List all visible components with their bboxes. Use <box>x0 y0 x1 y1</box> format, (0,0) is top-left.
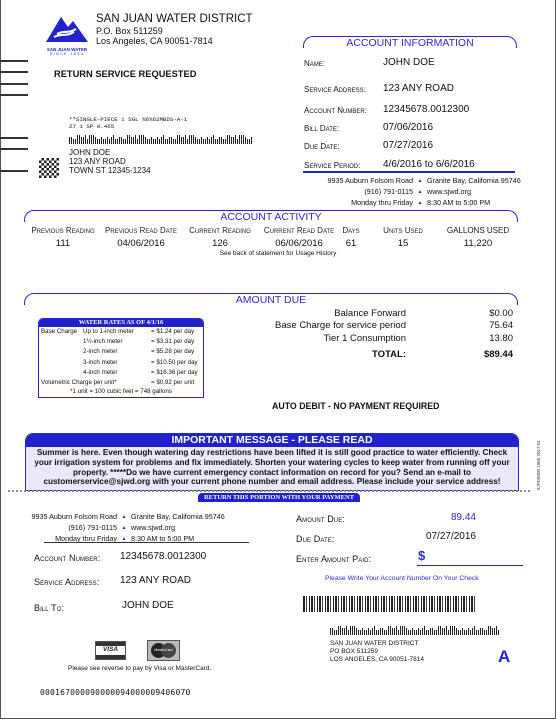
contact-days: Monday thru Friday <box>300 198 413 208</box>
barcode-bar <box>488 626 489 635</box>
activity-column: Previous Read Date04/06/2016 <box>96 226 186 249</box>
barcode-bar <box>480 628 481 635</box>
triangle-bullet-icon: ▲ <box>413 177 427 187</box>
remit-due-date: 07/27/2016 <box>426 531 476 542</box>
barcode-bar <box>368 628 369 635</box>
barcode-bar <box>197 139 198 144</box>
barcode-bar <box>394 628 395 635</box>
barcode-bar <box>239 135 240 144</box>
barcode-bar <box>73 139 74 144</box>
check-note: Please Write Your Account Number On Your… <box>325 575 479 582</box>
volumetric-rate: = $0.92 per unit <box>151 379 194 386</box>
meter-size: 4-inch meter <box>83 369 117 376</box>
remit-account-number: 12345678.0012300 <box>120 551 206 562</box>
side-print-code: SJPD5000 1966 2017-01 <box>536 440 541 491</box>
barcode-bar <box>496 626 497 635</box>
barcode-bar <box>177 135 178 144</box>
barcode-bar <box>207 137 208 144</box>
barcode-bar <box>484 630 485 635</box>
charge-value: 13.80 <box>489 333 513 344</box>
barcode-bar <box>147 139 148 144</box>
meter-rate: = $3.31 per day <box>151 338 194 345</box>
important-message-title: IMPORTANT MESSAGE - PLEASE READ <box>26 434 518 447</box>
barcode-bar <box>424 626 425 635</box>
activity-column-value: 111 <box>18 238 108 249</box>
meter-size: 2-inch meter <box>83 348 117 355</box>
barcode-bar <box>406 628 407 635</box>
meter-size: Up to 1-inch meter <box>83 328 134 335</box>
account-info-value: 123 ANY ROAD <box>383 83 454 94</box>
barcode-bar <box>332 628 333 635</box>
barcode-bar <box>412 628 413 635</box>
barcode-bar <box>378 630 379 635</box>
barcode-bar <box>117 139 118 144</box>
logo-since: SINCE 1854 <box>44 52 90 56</box>
sort-line-1: **SINGLE-PIECE 1 SGL %6%62MBDS-A-1 <box>69 116 187 123</box>
barcode-bar <box>350 626 351 635</box>
barcode-bar <box>173 139 174 144</box>
company-city: Los Angeles, CA 90051-7814 <box>96 36 213 46</box>
barcode-bar <box>338 626 339 635</box>
contact-website[interactable]: www.sjwd.org <box>131 523 175 532</box>
barcode-bar <box>181 137 182 144</box>
activity-column: Current Reading126 <box>175 226 265 249</box>
activity-column-header: Previous Read Date <box>96 226 186 235</box>
remit-amount-due: 89.44 <box>451 512 476 523</box>
charge-value: $0.00 <box>489 308 513 319</box>
activity-column-header: Current Reading <box>175 226 265 235</box>
barcode-bar <box>241 135 242 144</box>
account-info-label: Service Period: <box>304 161 360 170</box>
ocr-scanline: 000167000090000094000009406070 <box>40 688 191 697</box>
barcode-bar <box>428 630 429 635</box>
rates-footnote: *1 unit = 100 cubic feet = 748 gallons <box>39 388 203 395</box>
barcode-bar <box>113 135 114 144</box>
remit-service-address: 123 ANY ROAD <box>120 575 191 586</box>
barcode-bar <box>219 137 220 144</box>
barcode-bar <box>360 630 361 635</box>
triangle-bullet-icon: ▲ <box>117 513 131 523</box>
barcode-bar <box>410 630 411 635</box>
meter-rate: = $1.24 per day <box>151 328 194 335</box>
perforation-line <box>8 490 530 492</box>
barcode-bar <box>482 628 483 635</box>
barcode-bar <box>97 139 98 144</box>
barcode-bar <box>418 628 419 635</box>
bill-to-name: JOHN DOE <box>122 600 174 611</box>
barcode-bar <box>137 139 138 144</box>
barcode-bar <box>201 137 202 144</box>
barcode-bar <box>374 626 375 635</box>
barcode-bar <box>109 139 110 144</box>
district-logo: SAN JUAN WATER SINCE 1854 <box>44 13 90 53</box>
barcode-bar <box>498 630 499 635</box>
barcode-bar <box>191 135 192 144</box>
triangle-bullet-icon: ▲ <box>413 188 427 198</box>
account-info-label: Account Number: <box>304 106 367 115</box>
remit-city: LOS ANGELES, CA 90051-7814 <box>330 656 424 664</box>
auto-debit-notice: AUTO DEBIT - NO PAYMENT REQUIRED <box>272 401 439 411</box>
barcode-bar <box>233 137 234 144</box>
barcode-bar <box>95 137 96 144</box>
barcode-bar <box>404 626 405 635</box>
meter-rate: = $5.28 per day <box>151 348 194 355</box>
contact-city: Granite Bay, California 95746 <box>131 512 225 521</box>
barcode-bar <box>165 139 166 144</box>
margin-mark <box>0 83 28 85</box>
barcode-bar <box>235 135 236 144</box>
remit-service-address-label: Service Address: <box>34 577 99 587</box>
remit-name: SAN JUAN WATER DISTRICT <box>330 640 424 648</box>
barcode-bar <box>153 139 154 144</box>
barcode-bar <box>143 135 144 144</box>
remit-letter-code: A <box>498 647 510 667</box>
meter-rate: = $10.50 per day <box>151 359 198 366</box>
barcode-bar <box>247 139 248 144</box>
remit-po-box: PO BOX 511259 <box>330 648 424 656</box>
barcode-bar <box>203 139 204 144</box>
barcode-bar <box>179 135 180 144</box>
barcode-bar <box>352 626 353 635</box>
barcode-bar <box>376 630 377 635</box>
barcode-bar <box>127 135 128 144</box>
barcode-bar <box>430 628 431 635</box>
barcode-bar <box>243 135 244 144</box>
recipient-city: TOWN ST 12345-1234 <box>69 166 151 175</box>
account-info-value: 07/06/2016 <box>383 122 433 133</box>
barcode-bar <box>398 630 399 635</box>
charge-value: 75.64 <box>489 320 513 331</box>
barcode-bar <box>442 628 443 635</box>
barcode-bar <box>77 135 78 144</box>
barcode-bar <box>139 135 140 144</box>
barcode-bar <box>171 137 172 144</box>
barcode-bar <box>458 630 459 635</box>
contact-website[interactable]: www.sjwd.org <box>427 187 471 196</box>
barcode-bar <box>446 626 447 635</box>
postal-barcode <box>69 135 253 144</box>
barcode-bar <box>444 628 445 635</box>
recipient-address: 123 ANY ROAD <box>69 157 151 166</box>
barcode-bar <box>460 630 461 635</box>
water-rates-title: WATER RATES AS OF 4/1/16 <box>39 319 203 327</box>
visa-label: VISA <box>96 646 125 653</box>
contact-address: 9935 Auburn Folsom Road <box>300 176 413 186</box>
account-info-value: 4/6/2016 to 6/6/2016 <box>383 159 475 170</box>
dollar-sign: $ <box>418 548 425 563</box>
activity-column-header: Previous Reading <box>18 226 108 235</box>
barcode-bar <box>478 630 479 635</box>
activity-column: GALLONS USED11,220 <box>433 226 523 249</box>
activity-column-header: GALLONS USED <box>433 226 523 235</box>
barcode-bar <box>396 626 397 635</box>
remit-address-block: SAN JUAN WATER DISTRICT PO BOX 511259 LO… <box>330 640 424 663</box>
margin-mark <box>0 71 28 73</box>
barcode-bar <box>456 628 457 635</box>
barcode-bar <box>211 137 212 144</box>
barcode-bar <box>370 630 371 635</box>
barcode-bar <box>223 139 224 144</box>
barcode-bar <box>213 135 214 144</box>
meter-size: 3-inch meter <box>83 359 117 366</box>
barcode-bar <box>89 135 90 144</box>
barcode-bar <box>99 139 100 144</box>
barcode-bar <box>356 628 357 635</box>
remit-account-number-label: Account Number: <box>34 553 100 563</box>
bill-to-label: Bill To: <box>34 603 64 613</box>
barcode-bar <box>474 626 475 635</box>
account-activity-title: ACCOUNT ACTIVITY <box>220 211 321 223</box>
margin-mark <box>0 60 28 62</box>
barcode-bar <box>362 628 363 635</box>
activity-column-value: 11,220 <box>433 238 523 249</box>
important-message-box: IMPORTANT MESSAGE - PLEASE READ Summer i… <box>25 433 519 491</box>
usage-history-note: See back of statement for Usage History <box>0 250 556 257</box>
barcode-bar <box>183 137 184 144</box>
account-info-value: 07/27/2016 <box>383 140 433 151</box>
barcode-bar <box>231 137 232 144</box>
enter-amount-paid-label: Enter Amount Paid: <box>296 554 371 564</box>
barcode-bar <box>408 630 409 635</box>
barcode-bar <box>131 137 132 144</box>
barcode-bar <box>163 135 164 144</box>
barcode-bar <box>380 628 381 635</box>
barcode-bar <box>157 137 158 144</box>
barcode-bar <box>221 137 222 144</box>
mountain-logo-icon <box>44 13 90 43</box>
margin-mark <box>0 148 28 150</box>
barcode-bar <box>344 628 345 635</box>
contact-phone: (916) 791-0115 <box>300 187 413 197</box>
barcode-bar <box>195 137 196 144</box>
barcode-bar <box>462 628 463 635</box>
barcode-bar <box>390 626 391 635</box>
barcode-bar <box>215 139 216 144</box>
barcode-bar <box>436 630 437 635</box>
contact-phone: (916) 791-0115 <box>22 523 117 533</box>
barcode-bar <box>466 630 467 635</box>
barcode-bar <box>185 135 186 144</box>
barcode-bar <box>490 626 491 635</box>
barcode-bar <box>69 137 70 144</box>
account-information-title: ACCOUNT INFORMATION <box>346 37 473 49</box>
charge-label: Base Charge for service period <box>275 320 406 331</box>
barcode-bar <box>189 135 190 144</box>
barcode-bar <box>422 628 423 635</box>
barcode-bar <box>225 139 226 144</box>
barcode-bar <box>476 630 477 635</box>
remit-amount-due-label: Amount Due: <box>296 514 345 524</box>
payment-barcode <box>303 596 475 612</box>
barcode-bar <box>145 137 146 144</box>
amount-due-title: AMOUNT DUE <box>236 294 306 306</box>
contact-info-bottom: 9935 Auburn Folsom Road▲Granite Bay, Cal… <box>22 512 225 544</box>
barcode-bar <box>83 137 84 144</box>
margin-mark <box>0 94 28 96</box>
barcode-bar <box>125 139 126 144</box>
barcode-bar <box>123 139 124 144</box>
barcode-bar <box>440 626 441 635</box>
meter-rate: = $16.36 per day <box>151 369 198 376</box>
barcode-bar <box>115 139 116 144</box>
barcode-bar <box>420 630 421 635</box>
barcode-bar <box>205 139 206 144</box>
barcode-bar <box>386 630 387 635</box>
barcode-bar <box>336 630 337 635</box>
return-portion-banner: RETURN THIS PORTION WITH YOUR PAYMENT <box>198 493 360 502</box>
account-info-label: Due Date: <box>304 142 340 151</box>
barcode-bar <box>400 626 401 635</box>
account-info-divider <box>303 171 515 173</box>
barcode-bar <box>199 139 200 144</box>
remit-postal-barcode <box>330 627 500 635</box>
barcode-bar <box>81 137 82 144</box>
water-rates-box: WATER RATES AS OF 4/1/16 Base Charge Up … <box>38 318 204 398</box>
recipient-address-block: JOHN DOE 123 ANY ROAD TOWN ST 12345-1234 <box>69 148 151 175</box>
barcode-bar <box>342 628 343 635</box>
barcode-bar <box>149 139 150 144</box>
company-name: SAN JUAN WATER DISTRICT <box>96 13 253 25</box>
barcode-bar <box>101 137 102 144</box>
account-info-label: Service Address: <box>304 85 366 94</box>
barcode-bar <box>175 139 176 144</box>
account-info-label: Name: <box>304 59 325 68</box>
barcode-bar <box>187 139 188 144</box>
barcode-bar <box>155 139 156 144</box>
barcode-bar <box>167 139 168 144</box>
company-po-box: P.O. Box 511259 <box>96 26 163 36</box>
meter-size: 1½-inch meter <box>83 338 123 345</box>
barcode-bar <box>227 135 228 144</box>
return-service-requested: RETURN SERVICE REQUESTED <box>54 69 196 79</box>
barcode-bar <box>103 139 104 144</box>
triangle-bullet-icon: ▲ <box>117 524 131 534</box>
barcode-bar <box>85 135 86 144</box>
amount-paid-input-line[interactable] <box>417 565 523 566</box>
barcode-bar <box>251 137 252 144</box>
account-activity-header: ACCOUNT ACTIVITY <box>24 210 518 222</box>
barcode-bar <box>193 135 194 144</box>
barcode-bar <box>372 628 373 635</box>
total-value: $89.44 <box>484 349 513 360</box>
important-message-body: Summer is here. Even though watering day… <box>26 447 518 491</box>
account-info-value: JOHN DOE <box>383 57 435 68</box>
contact-divider <box>44 542 249 543</box>
barcode-bar <box>229 135 230 144</box>
amount-due-header: AMOUNT DUE <box>24 293 518 305</box>
barcode-bar <box>151 137 152 144</box>
base-charge-label: Base Charge <box>41 328 77 335</box>
barcode-bar <box>71 137 72 144</box>
remit-due-date-label: Due Date: <box>296 534 334 544</box>
sort-line-2: 27 1 SP 0.465 <box>69 123 187 130</box>
barcode-bar <box>87 139 88 144</box>
barcode-bar <box>492 628 493 635</box>
contact-city: Granite Bay, California 95746 <box>427 176 521 185</box>
barcode-bar <box>384 630 385 635</box>
barcode-bar <box>416 630 417 635</box>
barcode-bar <box>129 135 130 144</box>
barcode-bar <box>382 628 383 635</box>
barcode-bar <box>364 630 365 635</box>
account-info-label: Bill Date: <box>304 124 339 133</box>
barcode-bar <box>448 630 449 635</box>
barcode-bar <box>209 139 210 144</box>
barcode-bar <box>245 137 246 144</box>
qr-datamatrix-code <box>39 158 59 178</box>
barcode-bar <box>454 626 455 635</box>
barcode-bar <box>169 137 170 144</box>
barcode-bar <box>438 626 439 635</box>
barcode-bar <box>340 626 341 635</box>
barcode-bar <box>135 135 136 144</box>
barcode-bar <box>366 630 367 635</box>
barcode-bar <box>334 630 335 635</box>
barcode-bar <box>468 628 469 635</box>
barcode-bar <box>330 628 331 635</box>
barcode-bar <box>91 135 92 144</box>
barcode-bar <box>358 630 359 635</box>
barcode-bar <box>470 630 471 635</box>
card-payment-note: Please see reverse to pay by Visa or Mas… <box>68 665 211 672</box>
barcode-bar <box>79 135 80 144</box>
barcode-bar <box>121 137 122 144</box>
barcode-bar <box>472 628 473 635</box>
barcode-bar <box>402 626 403 635</box>
barcode-bar <box>414 630 415 635</box>
activity-column: Previous Reading111 <box>18 226 108 249</box>
barcode-bar <box>133 137 134 144</box>
activity-column-value: 126 <box>175 238 265 249</box>
barcode-bar <box>392 628 393 635</box>
barcode-bar <box>354 626 355 635</box>
postal-sort-lines: **SINGLE-PIECE 1 SGL %6%62MBDS-A-1 27 1 … <box>69 116 187 130</box>
volumetric-label: Volumetric Charge per unit* <box>41 379 117 386</box>
barcode-bar <box>464 630 465 635</box>
barcode-bar <box>93 135 94 144</box>
barcode-bar <box>346 626 347 635</box>
mastercard-label: MasterCard <box>148 648 179 652</box>
barcode-bar <box>111 137 112 144</box>
margin-mark <box>0 170 28 172</box>
barcode-bar <box>119 137 120 144</box>
barcode-bar <box>107 137 108 144</box>
barcode-bar <box>141 135 142 144</box>
activity-column-value: 04/06/2016 <box>96 238 186 249</box>
barcode-bar <box>452 626 453 635</box>
barcode-bar <box>494 628 495 635</box>
barcode-bar <box>249 139 250 144</box>
charge-label: Balance Forward <box>334 308 406 319</box>
barcode-bar <box>237 139 238 144</box>
barcode-bar <box>434 630 435 635</box>
contact-hours: 8:30 AM to 5:00 PM <box>427 198 490 207</box>
barcode-bar <box>161 137 162 144</box>
barcode-bar <box>159 139 160 144</box>
barcode-bar <box>75 139 76 144</box>
triangle-bullet-icon: ▲ <box>413 199 427 209</box>
mastercard-icon: MasterCard <box>147 640 180 661</box>
barcode-bar <box>426 630 427 635</box>
barcode-bar <box>105 139 106 144</box>
account-info-value: 12345678.0012300 <box>383 104 469 115</box>
recipient-name: JOHN DOE <box>69 148 151 157</box>
visa-card-icon: VISA <box>95 641 126 660</box>
margin-mark <box>0 137 28 139</box>
account-information-header: ACCOUNT INFORMATION <box>303 36 517 48</box>
barcode-bar <box>348 630 349 635</box>
barcode-bar <box>450 626 451 635</box>
